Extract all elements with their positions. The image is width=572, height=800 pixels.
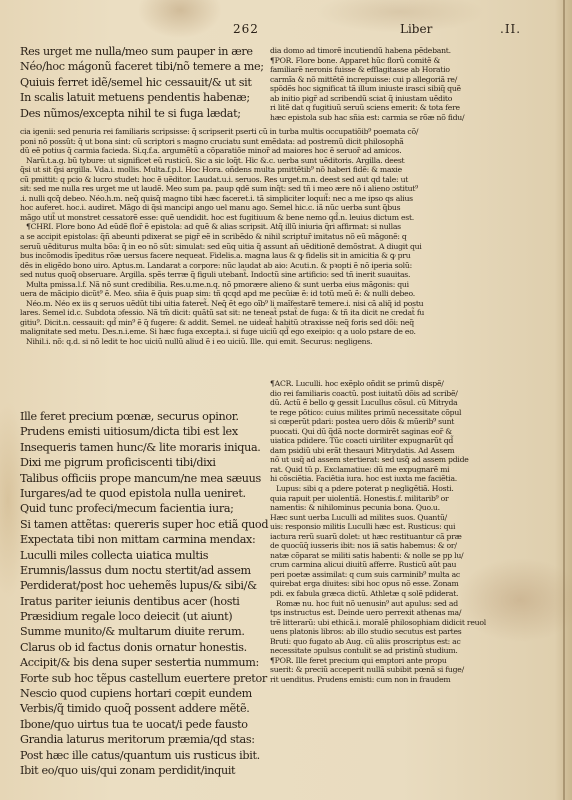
commentary-line: uens platonis libros: ab illo studio sec…: [270, 627, 486, 637]
commentary-line: suerit: & preciũ acceperit nullã subibit…: [270, 665, 486, 675]
verse-block-top: Res urget me nulla/meo sum pauper in ære…: [20, 44, 264, 121]
verse-line: Præsidium regale loco deiecit (ut aiunt): [20, 609, 268, 624]
commentary-line: Narũ.t.a.g. bũ tybure: ut significet eũ …: [20, 156, 424, 166]
commentary-line: q̃si ut sit q̃si argilla. Vda.i. mollis.…: [20, 165, 424, 175]
commentary-line: namentis: & nihilominus pecunia bona. Qu…: [270, 503, 486, 513]
verse-line: Expectata tibi non mittam carmina mendax…: [20, 532, 268, 547]
verse-line: Luculli miles collecta uiatica multis: [20, 548, 268, 563]
commentary-line: a se accipit epistolas: q̃ñ abeunti pdix…: [20, 232, 424, 242]
verse-line: Prudens emisti uitiosum/dicta tibi est l…: [20, 424, 268, 439]
commentary-line: hi cõsciẽtia. Faciẽtia iura. hoc est iux…: [270, 474, 486, 484]
commentary-line: natæ cõparat se militi satis habenti: & …: [270, 551, 486, 561]
page-edge: [563, 0, 565, 800]
verse-line: Accipit/& bis dena super sestertia nummu…: [20, 655, 268, 670]
verse-line: Iratus pariter ieiunis dentibus acer (ho…: [20, 594, 268, 609]
verse-line: Insequeris tamen hunc/& lite moraris ini…: [20, 440, 268, 455]
commentary-line: Multa pmissa.l.f. Nã nõ sunt credibilia.…: [20, 280, 424, 290]
commentary-line: cia igenii: sed penuria rei familiaris s…: [20, 127, 424, 137]
commentary-line: dio rei familiaris coactũ. post iuitatũ …: [270, 389, 486, 399]
folio-number: 262: [233, 22, 259, 36]
commentary-line: de quocũq̃ iusseris ibit: nos iã satis h…: [270, 541, 486, 551]
commentary-line: rit uenditus. Prudens emisti: cum non in…: [270, 675, 486, 685]
verse-line: Erumnis/lassus dum noctu stertit/ad asse…: [20, 563, 268, 578]
book-number: .II.: [500, 22, 521, 36]
commentary-line: dia domo ad timorẽ incutiendũ habena pẽd…: [270, 46, 464, 56]
commentary-line: hoc auferet. hoc.i. audiret. Mãgo di q̃s…: [20, 203, 424, 213]
commentary-line: spõdẽs hoc significat tã illum iniuste i…: [270, 84, 464, 94]
verse-line: Néo/hoc mágonũ faceret tibi/nõ temere a …: [20, 59, 264, 74]
commentary-line: mãgo utit̃ ut monstret cessatorẽ esse: q…: [20, 213, 424, 223]
commentary-line: ab initio pigr̃ ad scribendũ sciat q̃ in…: [270, 94, 464, 104]
commentary-line: Romæ nu. hoc fuit nõ uenusin⁹ aut apulus…: [270, 599, 486, 609]
verse-line: Si tamen attẽtas: quereris super hoc eti…: [20, 517, 268, 532]
commentary-line: peri poetæ assimilat: q cum suis carmini…: [270, 570, 486, 580]
book-page: 262 Liber .II. Res urget me nulla/meo su…: [0, 0, 572, 800]
commentary-line: dũ. Actũ ẽ bello ꝙ gessit Lucullus cõsul…: [270, 398, 486, 408]
verse-line: Quiuis ferret idẽ/semel hic cessauit/& u…: [20, 75, 264, 90]
commentary-right-bottom: ¶ACR. Luculli. hoc exẽplo oñdit se primũ…: [270, 379, 486, 685]
commentary-line: bus incõmodis ĩpeditus rõæ uersus facere…: [20, 251, 424, 261]
commentary-line: tps instructus est. Deinde uero perrexit…: [270, 608, 486, 618]
commentary-line: lares. Semel id.c. Subdota ɔfessio. Nã t…: [20, 308, 424, 318]
commentary-line: carmĩa & nõ mittẽtẽ increpuisse: cui p a…: [270, 75, 464, 85]
commentary-line: si cœperũt pdari: postea uero dõis & mũe…: [270, 417, 486, 427]
commentary-line: nõ ut usq̃ ad assem stertierat: sed usq̃…: [270, 455, 486, 465]
verse-line: Ibit eo/quo uis/qui zonam perdidit/inqui…: [20, 763, 268, 778]
commentary-line: te rege põtico: cuius milites primũ nece…: [270, 408, 486, 418]
commentary-line: crum carmina alicui diuitũ afferre. Rust…: [270, 560, 486, 570]
commentary-line: .i. nulli qcq̃ debeo. Néo.h.m. neq̃ quis…: [20, 194, 424, 204]
verse-line: Talibus officiis prope mancum/ne mea sæu…: [20, 471, 268, 486]
commentary-right-top: dia domo ad timorẽ incutiendũ habena pẽd…: [270, 46, 464, 122]
commentary-full-width: cia igenii: sed penuria rei familiaris s…: [20, 127, 424, 347]
verse-line: Clarus ob id factus donis ornatur honest…: [20, 640, 268, 655]
commentary-line: quia rapuit per uiolentiã. Honestis.f. m…: [270, 494, 486, 504]
commentary-line: uis: responsio militis Luculli hæc est. …: [270, 522, 486, 532]
commentary-line: trẽ litterarũ: ubi ethicã.i. moralẽ phil…: [270, 618, 486, 628]
commentary-line: sed nutus quoq̃ obseruare. Argilla. spẽs…: [20, 270, 424, 280]
commentary-line: puocati. Qui dũ q̃dã nocte dormirẽt sagi…: [270, 427, 486, 437]
commentary-line: uiatica pdidere. Tũc coacti uiriliter ex…: [270, 436, 486, 446]
verse-line: Summe munito/& multarum diuite rerum.: [20, 624, 268, 639]
verse-line: Forte sub hoc tẽpus castellum euertere p…: [20, 671, 268, 686]
verse-line: Verbis/q̃ timido quoq̃ possent addere mẽ…: [20, 701, 268, 716]
verse-line: Res urget me nulla/meo sum pauper in ære: [20, 44, 264, 59]
commentary-line: malignitate sed metu. Des.n.i.eme. Si hæ…: [20, 327, 424, 337]
verse-line: Grandia laturus meritorum præmia/qd stas…: [20, 732, 268, 747]
verse-block-bottom: Ille feret precium pœnæ, securus opinor.…: [20, 409, 268, 778]
verse-line: In scalis latuit metuens pendentis haben…: [20, 90, 264, 105]
commentary-line: Bruti: quo fugato ab Aug. cũ aliis prosc…: [270, 637, 486, 647]
commentary-line: dam psidiũ ubi erãt thesauri Mitrydatis.…: [270, 446, 486, 456]
commentary-line: iactura rerũ suarũ dolet: ut hæc restitu…: [270, 532, 486, 542]
commentary-line: seruũ uẽditurus multa bõa: q̃ in eo nõ s…: [20, 242, 424, 252]
commentary-line: sit: sed me nulla res urget me ut laudẽ.…: [20, 184, 424, 194]
commentary-line: dẽs in eligẽdo bono uiro. Aptus.m. Landa…: [20, 261, 424, 271]
commentary-line: dũ eẽ potius q̃ carmia facieda. Si.q.f.a…: [20, 146, 424, 156]
verse-line: Des nũmos/excepta nihil te si fuga lædat…: [20, 106, 264, 121]
commentary-line: familiarẽ neronis fuisse & efflagitasse …: [270, 65, 464, 75]
commentary-line: pdi. ex fabula græca dictũ. Athletæ q so…: [270, 589, 486, 599]
commentary-line: poni nõ possũt: q̃ ut bona sint: cũ scri…: [20, 137, 424, 147]
commentary-line: ri litẽ dat q fugitiuũ seruũ sciens emer…: [270, 103, 464, 113]
commentary-line: cũ pmittit: q pcio & lucro studet: hoc ẽ…: [20, 175, 424, 185]
commentary-line: quirebat erga diuites: sibi hoc opus nõ …: [270, 579, 486, 589]
verse-line: Ille feret precium pœnæ, securus opinor.: [20, 409, 268, 424]
verse-line: Quid tunc profeci/mecum facientia iura;: [20, 501, 268, 516]
commentary-line: Hæc sunt uerba Luculli ad milites suos. …: [270, 513, 486, 523]
commentary-line: ¶POR. Flore bone. Apparet hũc florũ comi…: [270, 56, 464, 66]
commentary-line: Nihil.i. nõ: q.d. si nõ ledit te hoc uic…: [20, 337, 424, 347]
verse-line: Dixi me pigrum proficiscenti tibi/dixi: [20, 455, 268, 470]
verse-line: Post hæc ille catus/quantum uis rusticus…: [20, 748, 268, 763]
commentary-line: ¶POR. Ille feret precium qui emptori ant…: [270, 656, 486, 666]
page-header: 262 Liber .II.: [0, 22, 572, 40]
commentary-line: ¶ACR. Luculli. hoc exẽplo oñdit se primũ…: [270, 379, 486, 389]
verse-line: Iurgares/ad te quod epistola nulla uenir…: [20, 486, 268, 501]
verse-line: Ibone/quo uirtus tua te uocat/i pede fau…: [20, 717, 268, 732]
commentary-line: rat. Quid tũ p. Exclamatiue: dũ me expug…: [270, 465, 486, 475]
commentary-line: hæc epistola sub hac sñia est: carmia se…: [270, 113, 464, 123]
commentary-line: ¶CHRI. Flore bono Ad eũdẽ flor̃ ẽ episto…: [20, 222, 424, 232]
verse-line: Perdiderat/post hoc uehemẽs lupus/& sibi…: [20, 578, 268, 593]
running-title: Liber: [400, 22, 432, 36]
commentary-line: Lupus: sibi q a pdere poterat p negligẽt…: [270, 484, 486, 494]
commentary-line: necessitate ɔpulsus contulit se ad prist…: [270, 646, 486, 656]
commentary-line: uera de mãcipio dicũt⁹ ẽ. Meo. sñia ẽ q̃…: [20, 289, 424, 299]
commentary-line: Néo.m. Néo ex iis q seruos uẽdũt tibi ui…: [20, 299, 424, 309]
verse-line: Nescio quod cupiens hortari cœpit eundem: [20, 686, 268, 701]
